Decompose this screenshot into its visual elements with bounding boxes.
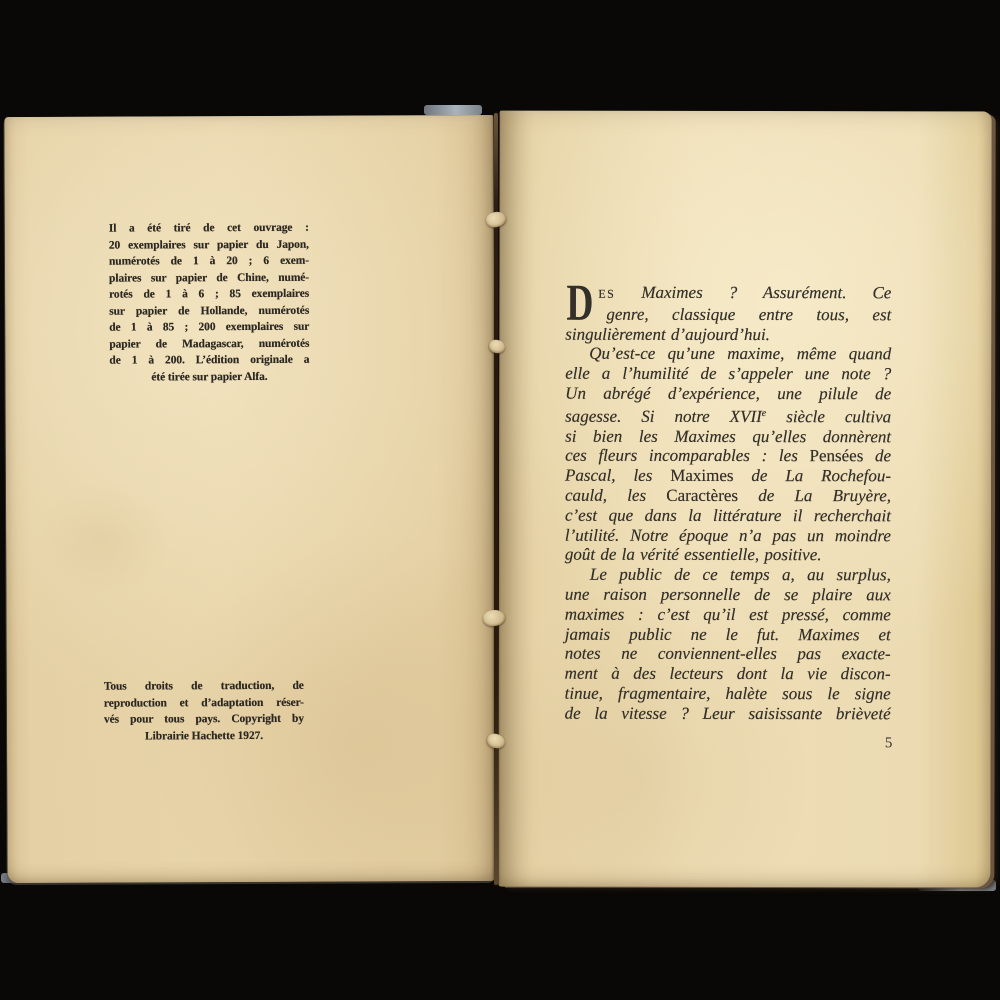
text-line: Tous droits de traduction, de <box>104 678 304 695</box>
text-line: Il a été tiré de cet ouvrage : <box>109 220 309 237</box>
text-line: plaires sur papier de Chine, numé- <box>109 269 309 286</box>
text-line: tinue, fragmentaire, halète sous le sign… <box>565 684 891 704</box>
table-surface-glimpse-top <box>424 105 482 115</box>
text-line: jamais public ne le fut. Maximes et <box>565 624 891 644</box>
text-line: été tirée sur papier Alfa. <box>109 368 309 385</box>
page-number: 5 <box>877 735 901 752</box>
text-line: de 1 à 200. L’édition originale a <box>109 352 309 369</box>
text-line: de 1 à 85 ; 200 exemplaires sur <box>109 319 309 336</box>
left-page: Il a été tiré de cet ouvrage :20 exempla… <box>4 115 496 883</box>
text-line: maximes : c’est qu’il est pressé, comme <box>565 604 891 624</box>
text-line: sagesse. Si notre XVIIe siècle cultiva <box>565 403 891 426</box>
copyright-block: Tous droits de traduction, dereproductio… <box>104 678 304 745</box>
right-page: D es Maximes ? Assurément. Cegenre, clas… <box>498 111 991 888</box>
text-line: genre, classique entre tous, est <box>565 304 891 324</box>
text-line: cauld, les Caractères de La Bruyère, <box>565 486 891 506</box>
text-line: Librairie Hachette 1927. <box>104 727 304 744</box>
text-line: sur papier de Hollande, numérotés <box>109 302 309 319</box>
text-line: Le public de ce temps a, au surplus, <box>565 565 891 585</box>
text-line: si bien les Maximes qu’elles donnèrent <box>565 426 891 446</box>
text-line: singulièrement d’aujourd’hui. <box>565 324 891 344</box>
text-line: papier de Madagascar, numérotés <box>109 335 309 352</box>
text-line: Qu’est-ce qu’une maxime, même quand <box>565 344 891 364</box>
text-line: 20 exemplaires sur papier du Japon, <box>109 236 309 253</box>
text-line: vés pour tous pays. Copyright by <box>104 711 304 728</box>
text-line: Pascal, les Maximes de La Rochefou- <box>565 466 891 486</box>
text-line: c’est que dans la littérature il recherc… <box>565 505 891 525</box>
text-line: notes ne conviennent-elles pas exacte- <box>565 644 891 664</box>
text-line: une raison personnelle de se plaire aux <box>565 585 891 605</box>
body-text-block: es Maximes ? Assurément. Cegenre, classi… <box>565 283 892 724</box>
text-line: ces fleurs incomparables : les Pensées d… <box>565 446 891 466</box>
text-line: numérotés de 1 à 20 ; 6 exem- <box>109 253 309 270</box>
text-line: l’utilité. Notre époque n’a pas un moind… <box>565 525 891 545</box>
book-gutter <box>494 113 498 885</box>
text-line: ment à des lecteurs dont la vie discon- <box>565 664 891 684</box>
colophon-block: Il a été tiré de cet ouvrage :20 exempla… <box>109 220 310 386</box>
text-line: reproduction et d’adaptation réser- <box>104 694 304 711</box>
text-line: goût de la vérité essentielle, positive. <box>565 545 891 565</box>
text-line: es Maximes ? Assurément. Ce <box>565 283 891 305</box>
text-line: de la vitesse ? Leur saisissante brièvet… <box>565 703 891 723</box>
text-line: Un abrégé d’expérience, une pilule de <box>565 384 891 404</box>
text-line: elle a l’humilité de s’appeler une note … <box>565 364 891 384</box>
photo-of-open-book: { "scene": { "colors": { "background": "… <box>0 0 1000 1000</box>
text-line: rotés de 1 à 6 ; 85 exemplaires <box>109 286 309 303</box>
